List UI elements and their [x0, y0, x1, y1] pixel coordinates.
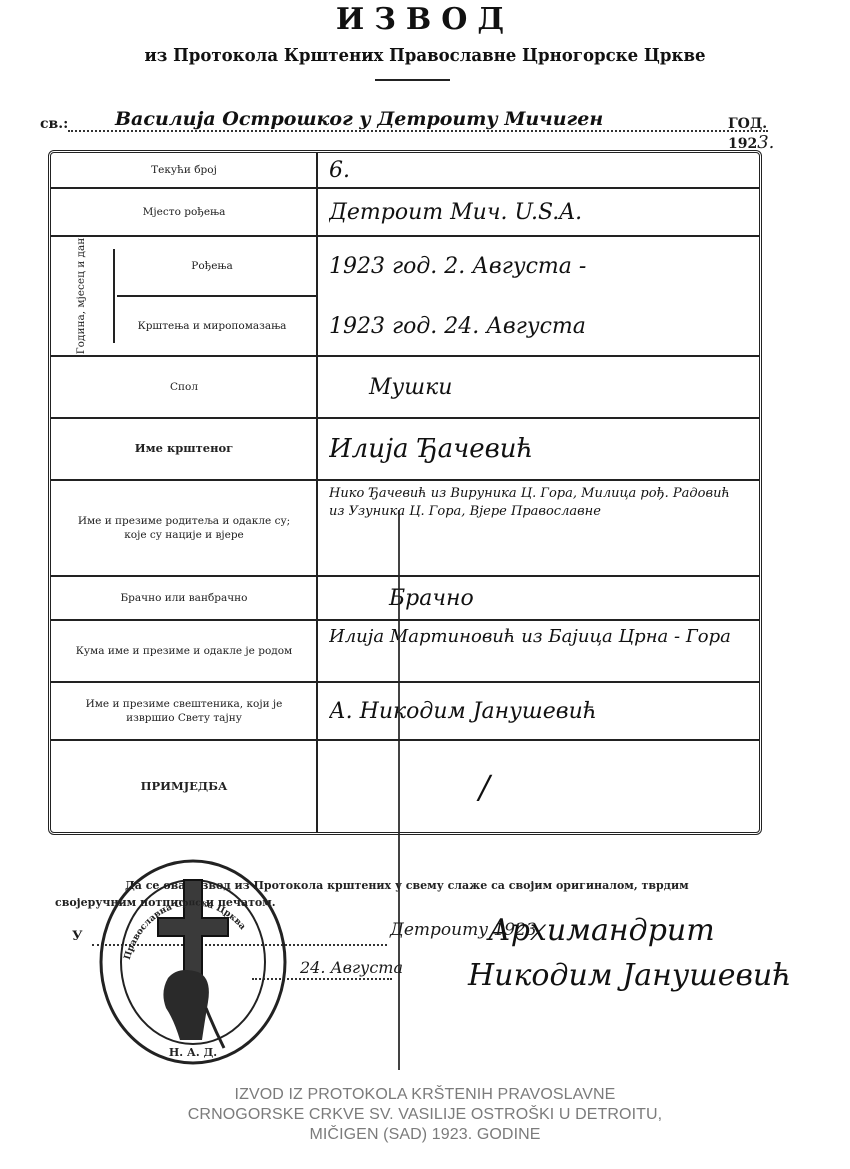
church-seal: Н. А. Д. Православна Српска Црква [98, 858, 288, 1066]
field-value: Илија Ђачевић [329, 419, 749, 479]
field-row-birthplace: Мјесто рођења Детроит Мич. U.S.A. [51, 189, 759, 237]
field-label: Текући број [59, 153, 309, 187]
field-value: 6. [329, 153, 749, 187]
field-row-marital: Брачно или ванбрачно Брачно [51, 577, 759, 621]
baptism-certificate: ИЗВОД из Протокола Крштених Православне … [0, 0, 850, 1169]
document-title: ИЗВОД [0, 2, 850, 37]
dotted-line [68, 130, 768, 132]
field-row-sex: Спол Мушки [51, 357, 759, 419]
group-divider [113, 249, 115, 343]
seal-bottom-text: Н. А. Д. [169, 1046, 217, 1059]
field-row-serial-number: Текући број 6. [51, 153, 759, 189]
caption-line-2: CRNOGORSKE CRKVE SV. VASILIJE OSTROŠKI U… [0, 1105, 850, 1125]
title-divider [375, 79, 450, 81]
place-prefix: У [72, 929, 83, 944]
field-value: А. Никодим Јанушевић [329, 683, 749, 739]
seal-icon: Н. А. Д. Православна Српска Црква [98, 858, 288, 1066]
field-value-baptism-date: 1923 год. 24. Августа [329, 297, 749, 355]
field-row-baptized-name: Име крштеног Илија Ђачевић [51, 419, 759, 481]
field-value: Брачно [329, 577, 749, 619]
field-row-remark: ПРИМЈЕДБА / [51, 741, 759, 832]
field-value-birth-date: 1923 год. 2. Августа - [329, 237, 749, 295]
field-label: Име и презиме свештеника, који је изврши… [59, 683, 309, 739]
signature-name: Никодим Јанушевић [468, 953, 838, 998]
year-handwritten: 3. [757, 132, 774, 153]
caption-line-1: IZVOD IZ PROTOKOLA KRŠTENIH PRAVOSLAVNE [0, 1085, 850, 1105]
caption-line-3: MIČIGEN (SAD) 1923. GODINE [0, 1125, 850, 1145]
church-prefix: св.: [40, 116, 68, 132]
group-label-text: Година, мјесец и дан [75, 238, 89, 355]
field-group-dates: Година, мјесец и дан Рођења Крштења и ми… [51, 237, 759, 357]
church-line: св.: Василија Острошког у Детроиту Мичиг… [40, 108, 810, 136]
church-name-handwritten: Василија Острошког у Детроиту Мичиген [115, 108, 603, 130]
field-label: ПРИМЈЕДБА [59, 741, 309, 832]
field-label: Име крштеног [59, 419, 309, 479]
signature-title: Архимандрит [468, 908, 838, 953]
field-value: / [329, 741, 749, 832]
group-label: Година, мјесец и дан [51, 237, 113, 355]
field-label-baptism: Крштења и миропомазања [117, 297, 307, 355]
field-value: Мушки [329, 357, 749, 417]
field-row-priest: Име и презиме свештеника, који је изврши… [51, 683, 759, 741]
document-subtitle: из Протокола Крштених Православне Црного… [34, 45, 816, 66]
year-label: ГОД. 1923. [728, 116, 810, 153]
date-handwritten: 24. Августа [300, 958, 403, 977]
field-row-parents: Име и презиме родитеља и одакле су; које… [51, 481, 759, 577]
field-value: Нико Ђачевић из Вируника Ц. Гора, Милица… [329, 481, 749, 575]
margin-line [398, 510, 400, 1070]
field-label: Брачно или ванбрачно [59, 577, 309, 619]
field-value: Детроит Мич. U.S.A. [329, 189, 749, 235]
field-label: Кума име и презиме и одакле је родом [59, 621, 309, 681]
field-label: Мјесто рођења [59, 189, 309, 235]
field-label: Име и презиме родитеља и одакле су; које… [59, 481, 309, 575]
field-row-godparent: Кума име и презиме и одакле је родом Или… [51, 621, 759, 683]
field-label: Спол [59, 357, 309, 417]
image-caption: IZVOD IZ PROTOKOLA KRŠTENIH PRAVOSLAVNE … [0, 1085, 850, 1145]
signature: Архимандрит Никодим Јанушевић [468, 908, 838, 998]
field-label-birth: Рођења [117, 237, 307, 295]
field-value: Илија Мартиновић из Бајица Црна - Гора [329, 621, 749, 681]
register-table: Текући број 6. Мјесто рођења Детроит Мич… [48, 150, 762, 835]
